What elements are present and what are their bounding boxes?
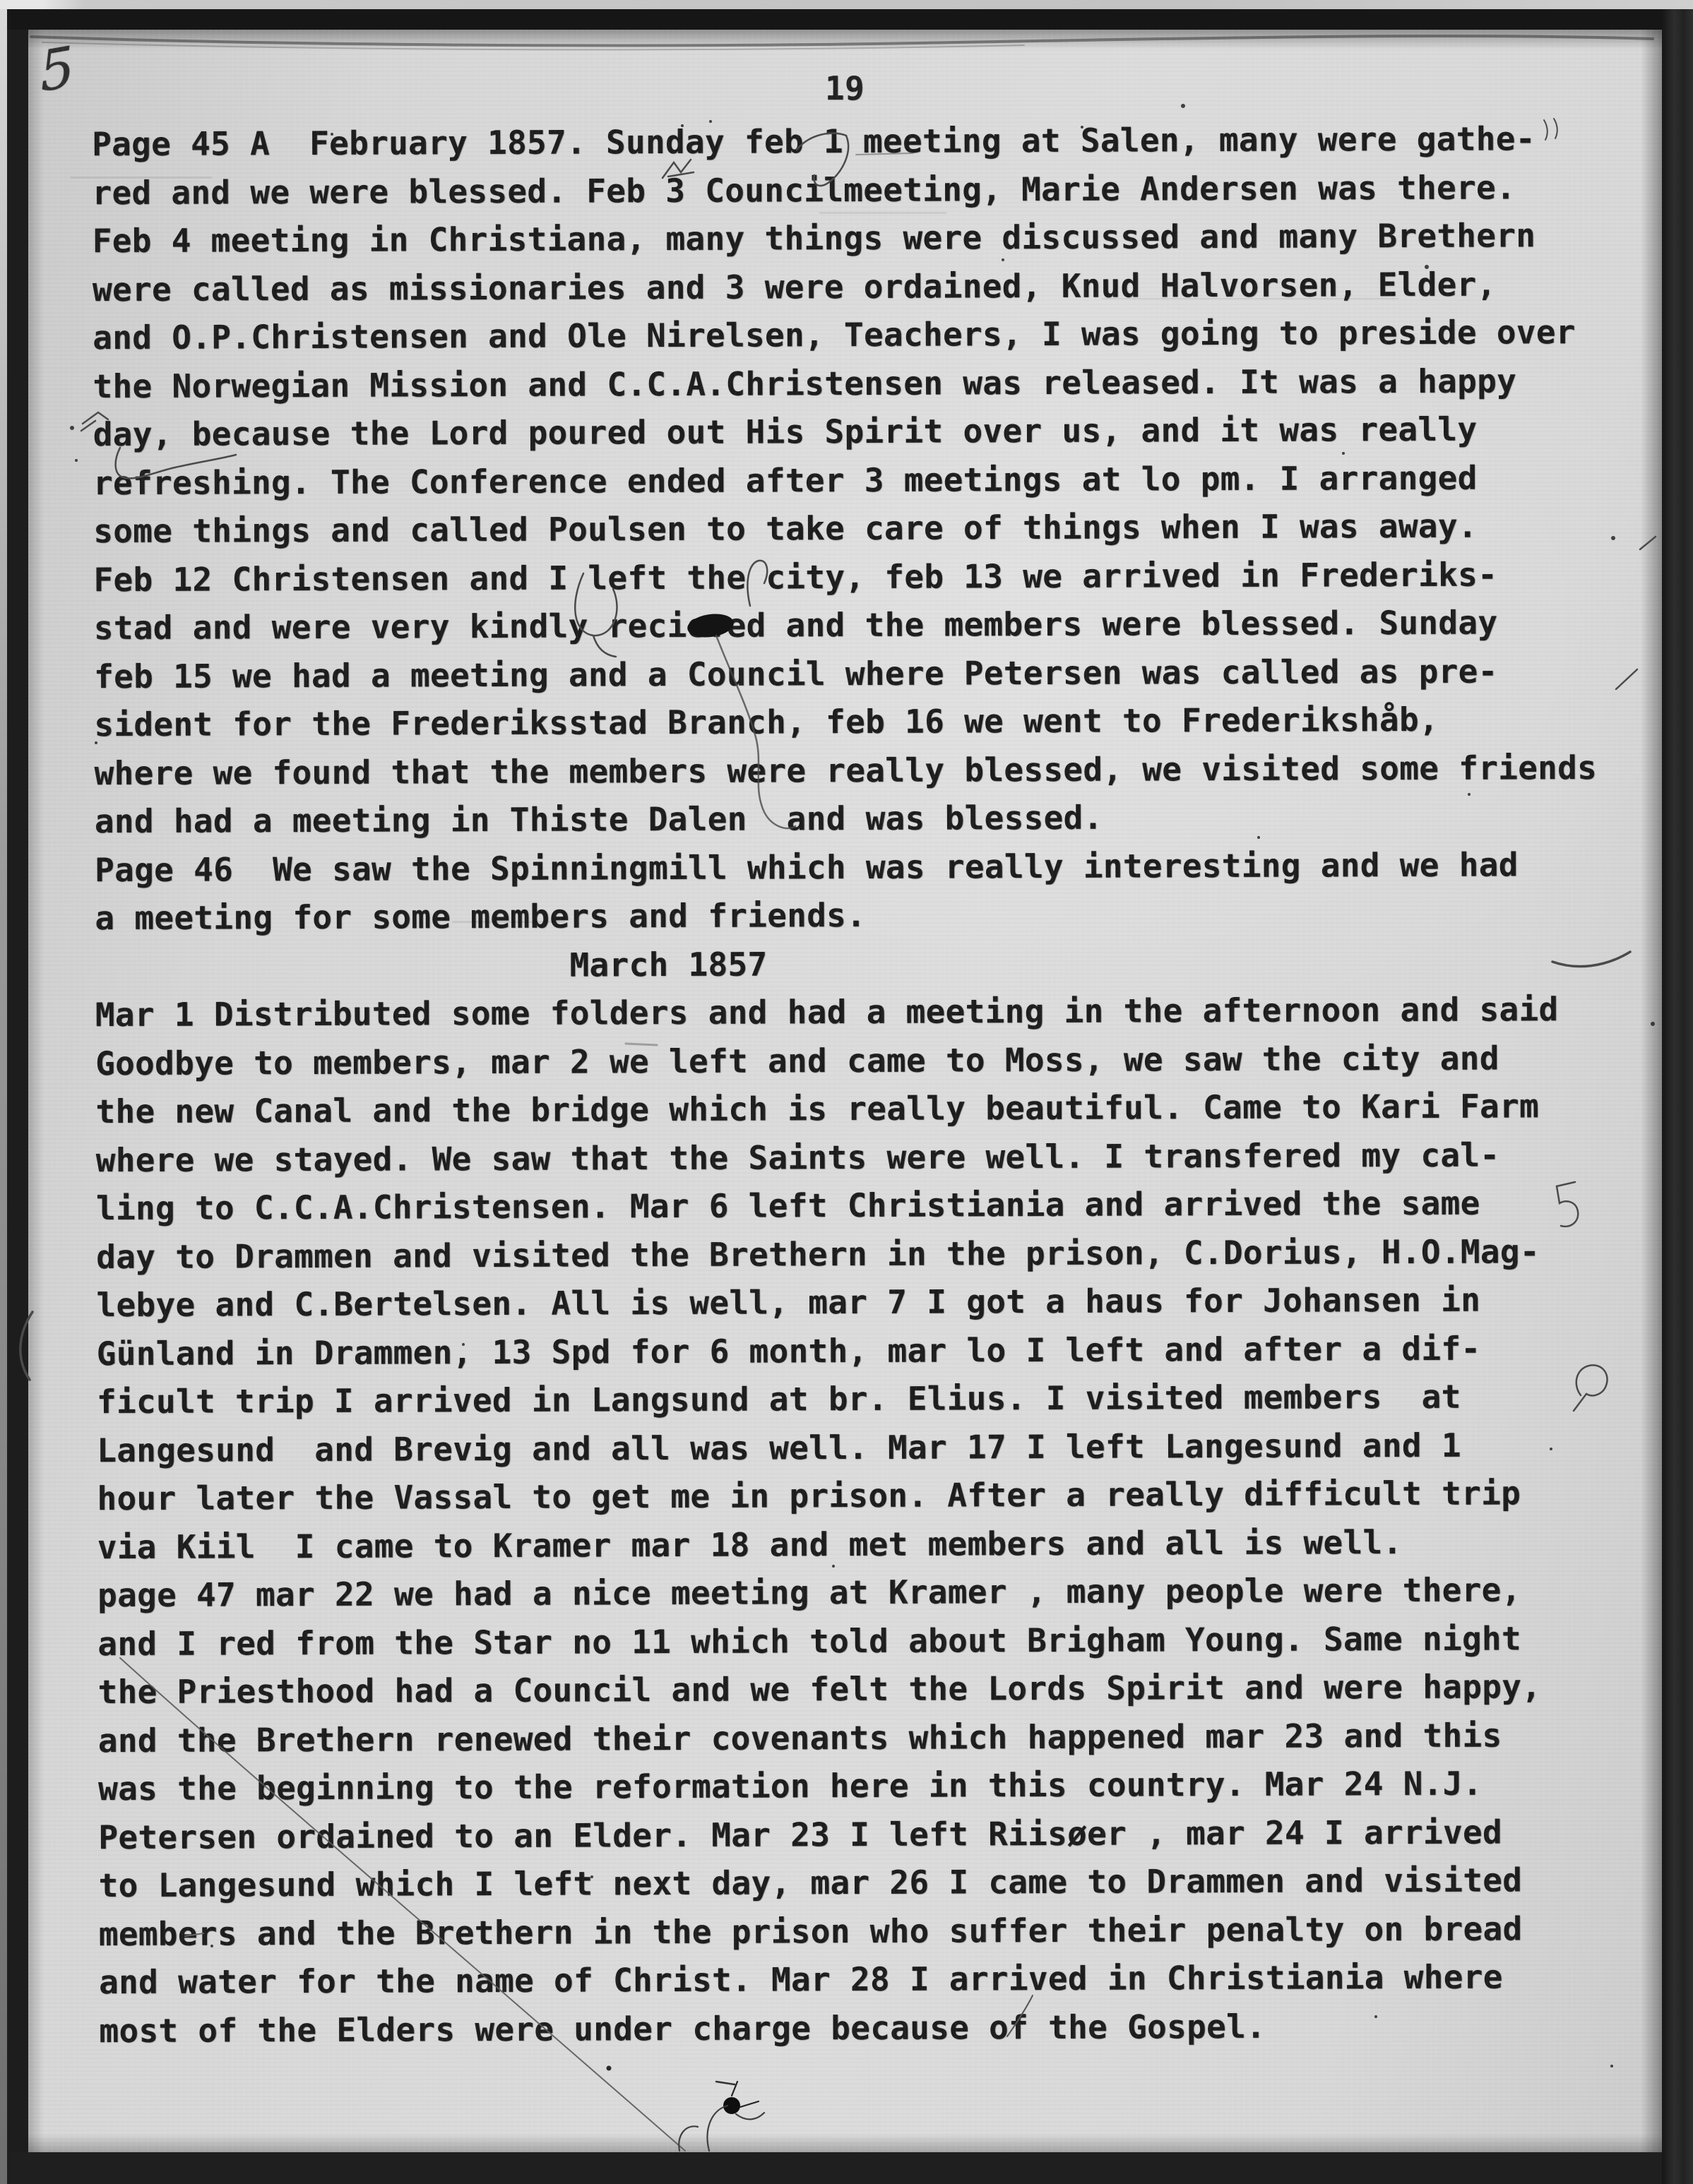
text-line: where we found that the members were rea…: [94, 743, 1597, 797]
text-line: Page 45 A February 1857. Sunday feb 1 me…: [92, 114, 1595, 169]
text-line: to Langesund which I left next day, mar …: [98, 1856, 1601, 1910]
text-line: the Norwegian Mission and C.C.A.Christen…: [93, 356, 1596, 410]
text-line: refreshing. The Conference ended after 3…: [93, 453, 1596, 507]
text-line: via Kiil I came to Kramer mar 18 and met…: [97, 1517, 1600, 1571]
text-line: the new Canal and the bridge which is re…: [95, 1082, 1598, 1136]
text-line: lebye and C.Bertelsen. All is well, mar …: [96, 1275, 1599, 1330]
text-line: page 47 mar 22 we had a nice meeting at …: [97, 1565, 1600, 1620]
text-line: a meeting for some members and friends.: [95, 888, 1598, 943]
document-page: 5 19 Page 45 A February 1857. Sunday feb…: [28, 30, 1662, 2152]
scan-edge-left: [0, 9, 7, 2184]
text-line: day to Drammen and visited the Brethern …: [96, 1227, 1599, 1281]
text-line: ficult trip I arrived in Langsund at br.…: [97, 1372, 1600, 1426]
text-line: Page 46 We saw the Spinningmill which wa…: [95, 840, 1598, 894]
scan-streak: [71, 177, 212, 179]
text-line: and I red from the Star no 11 which told…: [97, 1613, 1600, 1668]
text-line: some things and called Poulsen to take c…: [93, 501, 1596, 556]
text-line: Mar 1 Distributed some folders and had a…: [95, 985, 1598, 1039]
text-line: and O.P.Christensen and Ole Nirelsen, Te…: [93, 308, 1596, 362]
text-line: hour later the Vassal to get me in priso…: [97, 1469, 1600, 1523]
scan-streak: [1102, 298, 1398, 299]
scan-edge-top: [0, 0, 1693, 9]
text-line: red and we were blessed. Feb 3 Councilme…: [92, 162, 1595, 217]
text-line: the Priesthood had a Council and we felt…: [97, 1662, 1600, 1717]
text-line: ling to C.C.A.Christensen. Mar 6 left Ch…: [96, 1178, 1599, 1233]
text-line: Langesund and Brevig and all was well. M…: [97, 1420, 1600, 1474]
text-line: Goodbye to members, mar 2 we left and ca…: [95, 1033, 1598, 1087]
text-line: Günland in Drammen, 13 Spd for 6 month, …: [97, 1323, 1600, 1378]
text-line: March 1857: [95, 936, 1598, 991]
text-line: was the beginning to the reformation her…: [98, 1759, 1601, 1813]
text-line: members and the Brethern in the prison w…: [99, 1904, 1602, 1958]
text-line: and had a meeting in Thiste Dalen and wa…: [95, 792, 1598, 846]
text-line: where we stayed. We saw that the Saints …: [96, 1130, 1599, 1184]
text-line: most of the Elders were under charge bec…: [99, 2000, 1602, 2055]
scan-streak: [452, 921, 565, 923]
text-line: and water for the name of Christ. Mar 28…: [99, 1952, 1602, 2007]
text-line: Petersen ordained to an Elder. Mar 23 I …: [98, 1807, 1601, 1861]
text-line: were called as missionaries and 3 were o…: [93, 259, 1596, 314]
text-line: stad and were very kindly recieved and t…: [94, 598, 1597, 652]
text-line: day, because the Lord poured out His Spi…: [93, 405, 1596, 459]
text-line: Feb 4 meeting in Christiana, many things…: [93, 211, 1596, 265]
photo-border-top: [7, 9, 1693, 30]
photo-border-bottom: [7, 2152, 1662, 2184]
text-line: and the Brethern renewed their covenants…: [98, 1710, 1601, 1765]
text-line: feb 15 we had a meeting and a Council wh…: [94, 646, 1597, 700]
handwritten-page-index: 5: [37, 35, 76, 105]
text-line: Feb 12 Christensen and I left the city, …: [93, 549, 1596, 604]
typewritten-text: Page 45 A February 1857. Sunday feb 1 me…: [92, 114, 1602, 2055]
page-number: 19: [825, 69, 865, 107]
scanned-photo-frame: 5 19 Page 45 A February 1857. Sunday feb…: [0, 0, 1693, 2184]
scan-streak: [819, 212, 946, 214]
photo-border-right: [1662, 9, 1693, 2184]
text-line: sident for the Frederiksstad Branch, feb…: [94, 695, 1597, 749]
photo-border-left: [7, 30, 28, 2184]
